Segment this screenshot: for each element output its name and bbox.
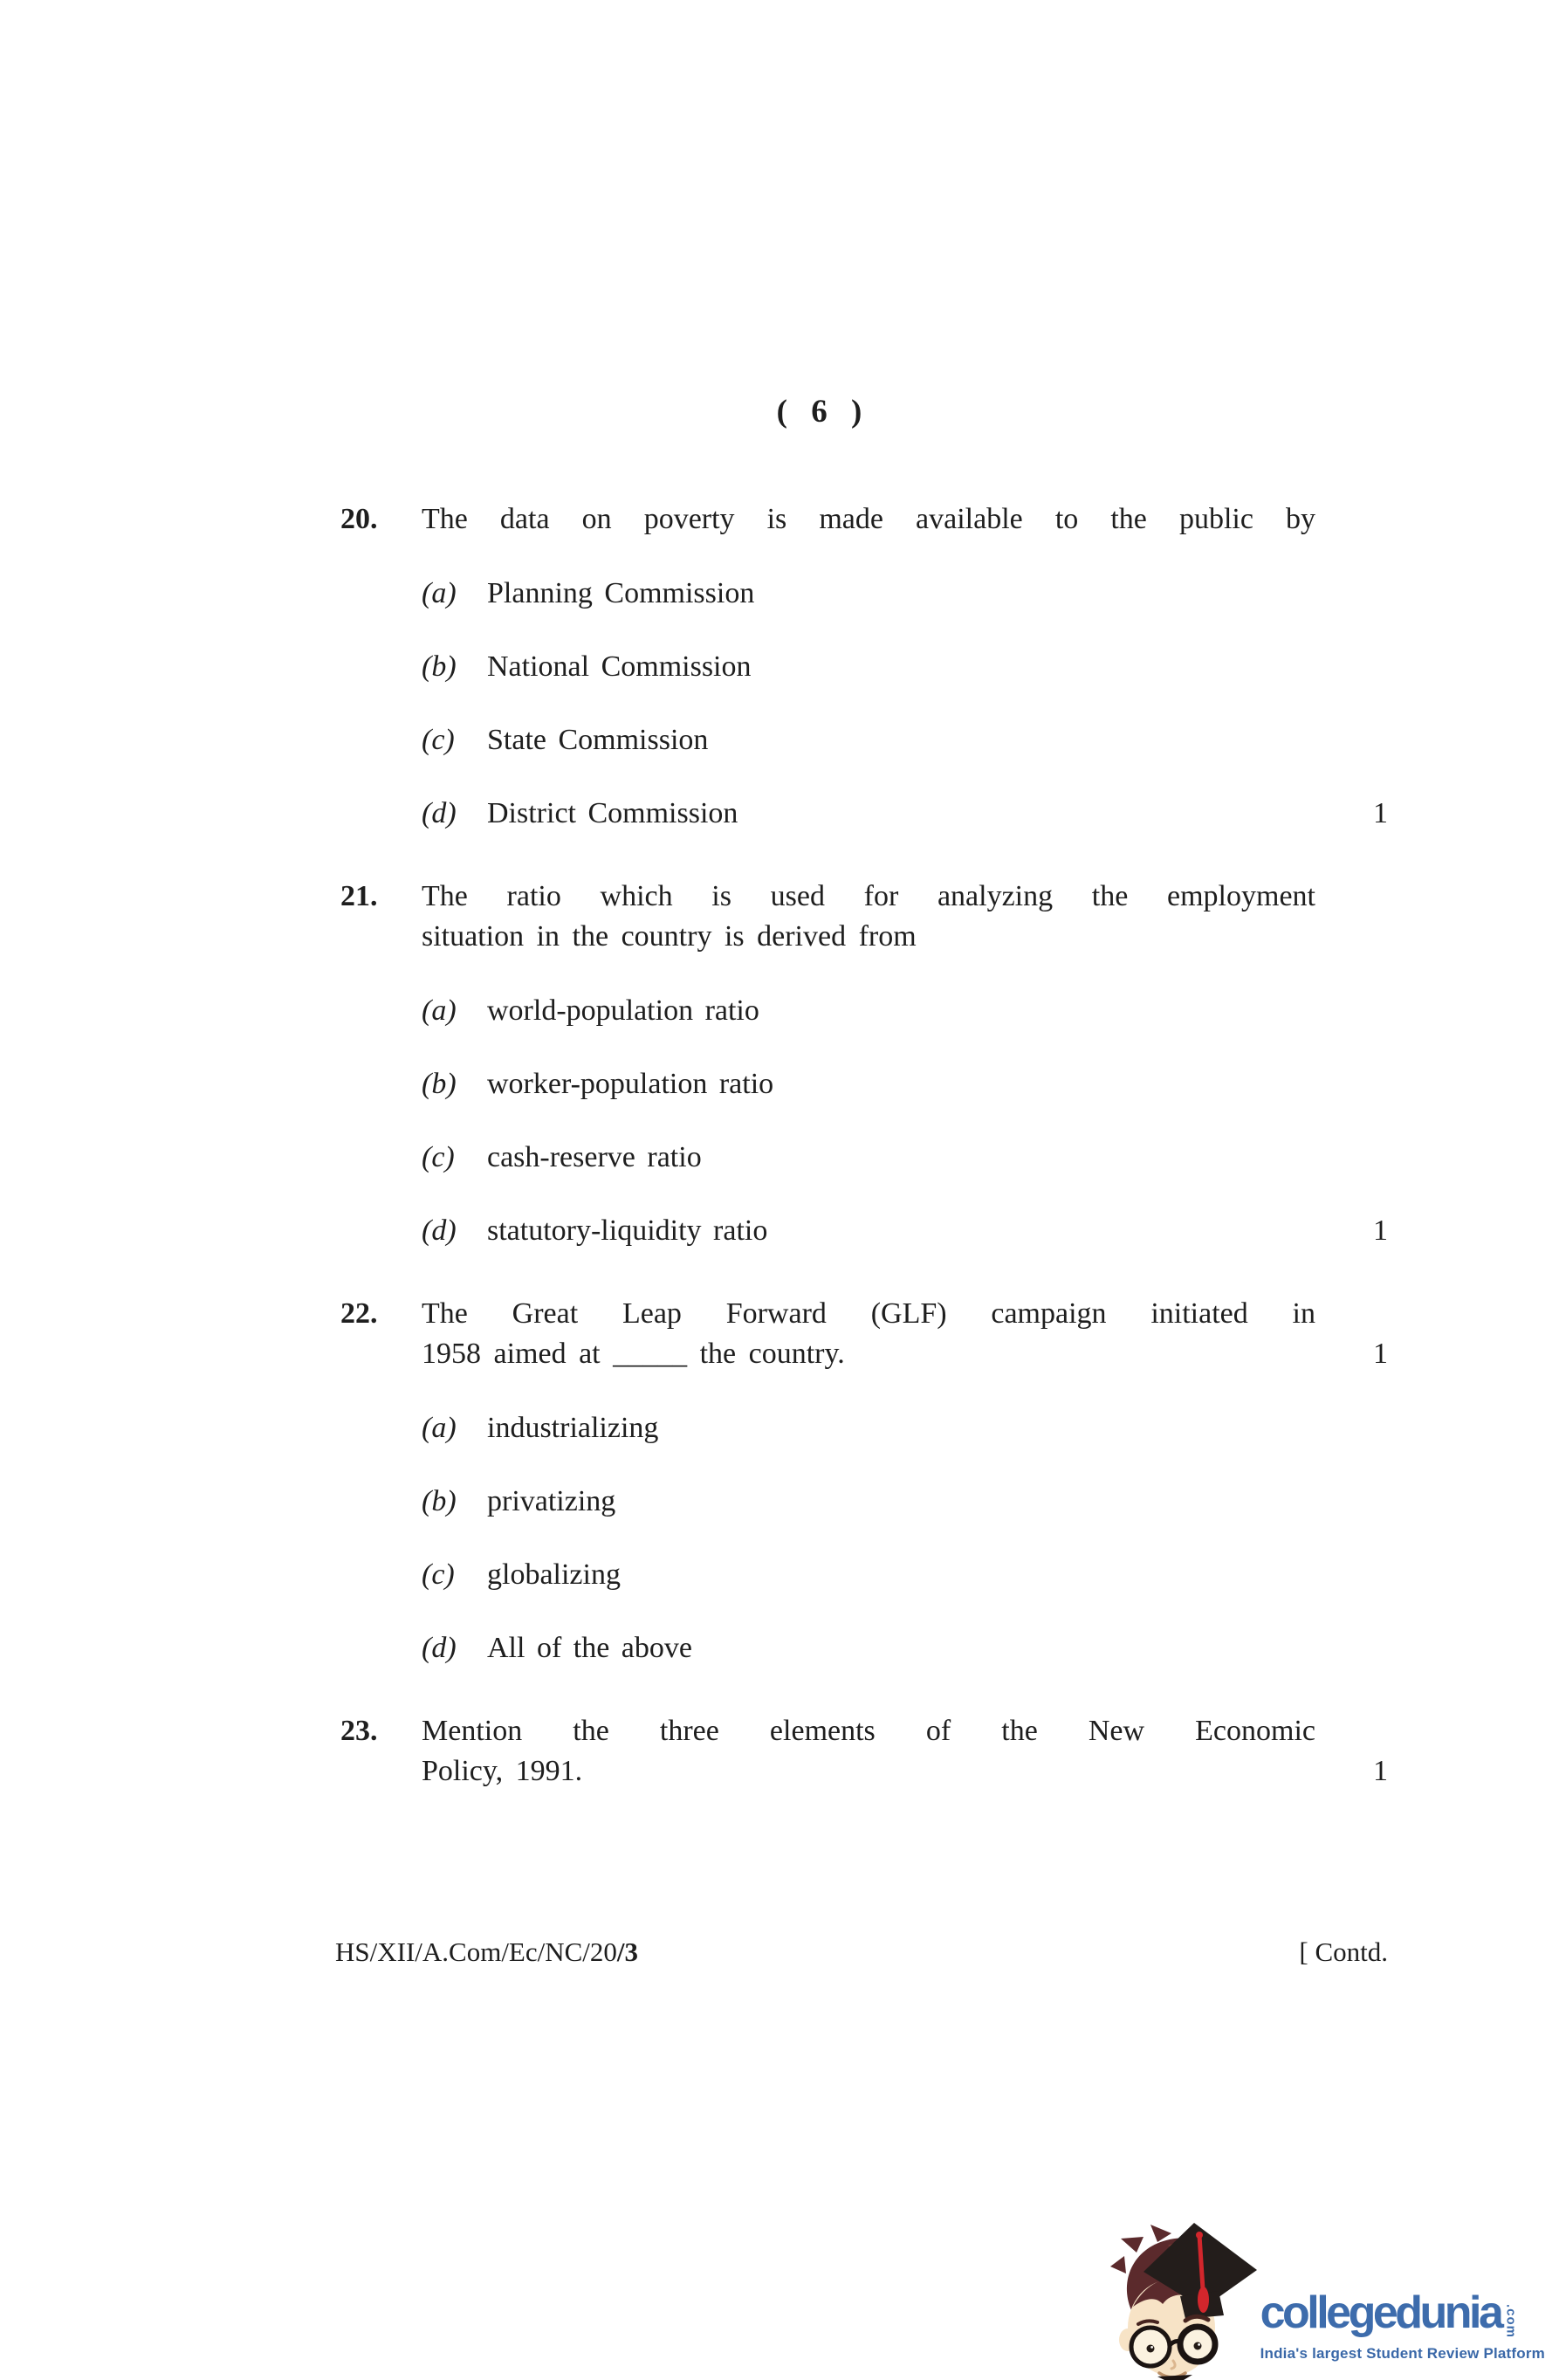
option-a: (a) Planning Commission: [422, 574, 1388, 614]
contd-label: [ Contd.: [1299, 1934, 1388, 1971]
marks-column: [692, 1628, 1388, 1668]
option-c: (c) cash-reserve ratio: [422, 1138, 1388, 1178]
option-letter: (b): [422, 1482, 487, 1522]
marks-column: [754, 574, 1388, 614]
option-letter: (d): [422, 1211, 487, 1251]
marks-column: [759, 991, 1388, 1031]
option-text: globalizing: [487, 1555, 621, 1595]
question-21: 21. The ratio which is used for analyzin…: [340, 877, 1388, 1251]
logo-text: collegedunia .com India's largest Studen…: [1260, 2290, 1545, 2363]
option-letter: (a): [422, 991, 487, 1031]
option-d: (d) statutory-liquidity ratio 1: [422, 1211, 1388, 1251]
question-text: The ratio which is used for analyzing th…: [422, 877, 1315, 957]
option-letter: (d): [422, 1628, 487, 1668]
marks-column: [658, 1408, 1388, 1448]
question-text-line: The Great Leap Forward (GLF) campaign in…: [422, 1294, 1315, 1334]
option-b: (b) worker-population ratio: [422, 1064, 1388, 1104]
option-letter: (c): [422, 1555, 487, 1595]
marks-column: [615, 1482, 1388, 1522]
question-row: 23. Mention the three elements of the Ne…: [340, 1711, 1388, 1792]
marks-column: [1315, 877, 1388, 957]
option-letter: (a): [422, 574, 487, 614]
question-23: 23. Mention the three elements of the Ne…: [340, 1711, 1388, 1792]
question-text: The Great Leap Forward (GLF) campaign in…: [422, 1294, 1315, 1374]
option-text: statutory-liquidity ratio: [487, 1211, 767, 1251]
option-text: All of the above: [487, 1628, 692, 1668]
option-b: (b) privatizing: [422, 1482, 1388, 1522]
question-text: Mention the three elements of the New Ec…: [422, 1711, 1315, 1792]
brand-text: collegedunia: [1260, 2290, 1501, 2335]
option-letter: (d): [422, 794, 487, 834]
marks-column: [621, 1555, 1388, 1595]
question-number: 23.: [340, 1711, 422, 1792]
option-letter: (a): [422, 1408, 487, 1448]
exam-paper-page: ( 6 ) 20. The data on poverty is made av…: [0, 0, 1559, 2380]
option-letter: (b): [422, 1064, 487, 1104]
option-letter: (c): [422, 1138, 487, 1178]
question-text-line: The ratio which is used for analyzing th…: [422, 877, 1315, 917]
marks-value: 1: [1315, 1711, 1388, 1792]
option-d: (d) All of the above: [422, 1628, 1388, 1668]
option-letter: (c): [422, 720, 487, 760]
question-row: 22. The Great Leap Forward (GLF) campaig…: [340, 1294, 1388, 1374]
question-text-line: Mention the three elements of the New Ec…: [422, 1711, 1315, 1751]
question-number: 21.: [340, 877, 422, 957]
question-row: 21. The ratio which is used for analyzin…: [340, 877, 1388, 957]
page-footer: HS/XII/A.Com/Ec/NC/20/3 [ Contd.: [335, 1934, 1388, 1971]
option-letter: (b): [422, 647, 487, 687]
question-row: 20. The data on poverty is made availabl…: [340, 499, 1388, 540]
option-d: (d) District Commission 1: [422, 794, 1388, 834]
questions-area: 20. The data on poverty is made availabl…: [340, 499, 1388, 1834]
question-text: The data on poverty is made available to…: [422, 499, 1315, 540]
option-text: privatizing: [487, 1482, 615, 1522]
option-text: worker-population ratio: [487, 1064, 773, 1104]
brand-tld: .com: [1503, 2304, 1518, 2338]
marks-value: 1: [1315, 1294, 1388, 1374]
mascot-icon: [1107, 2223, 1257, 2380]
question-text-line: Policy, 1991.: [422, 1751, 1315, 1792]
option-a: (a) industrializing: [422, 1408, 1388, 1448]
option-b: (b) National Commission: [422, 647, 1388, 687]
option-text: Planning Commission: [487, 574, 754, 614]
paper-code-prefix: HS/XII/A.Com/Ec/NC/20: [335, 1936, 617, 1967]
option-text: District Commission: [487, 794, 738, 834]
option-text: State Commission: [487, 720, 708, 760]
paper-code: HS/XII/A.Com/Ec/NC/20/3: [335, 1934, 638, 1971]
question-22: 22. The Great Leap Forward (GLF) campaig…: [340, 1294, 1388, 1668]
marks-column: [773, 1064, 1388, 1104]
option-text: world-population ratio: [487, 991, 759, 1031]
question-text-line: 1958 aimed at _____ the country.: [422, 1334, 1315, 1374]
question-number: 22.: [340, 1294, 422, 1374]
marks-value: 1: [738, 794, 1388, 834]
collegedunia-logo: collegedunia .com India's largest Studen…: [1107, 2223, 1545, 2380]
brand-tagline: India's largest Student Review Platform: [1260, 2345, 1545, 2363]
option-c: (c) globalizing: [422, 1555, 1388, 1595]
marks-value: 1: [767, 1211, 1388, 1251]
option-text: National Commission: [487, 647, 752, 687]
question-20: 20. The data on poverty is made availabl…: [340, 499, 1388, 834]
marks-column: [702, 1138, 1388, 1178]
paper-code-set-number: /3: [617, 1936, 638, 1967]
question-text-line: situation in the country is derived from: [422, 917, 1315, 957]
marks-column: [752, 647, 1389, 687]
question-text-line: The data on poverty is made available to…: [422, 499, 1315, 540]
marks-column: [1315, 499, 1388, 540]
option-text: industrializing: [487, 1408, 658, 1448]
option-text: cash-reserve ratio: [487, 1138, 702, 1178]
option-a: (a) world-population ratio: [422, 991, 1388, 1031]
brand-row: collegedunia .com: [1260, 2290, 1545, 2338]
option-c: (c) State Commission: [422, 720, 1388, 760]
marks-column: [708, 720, 1388, 760]
page-number: ( 6 ): [0, 393, 1559, 430]
question-number: 20.: [340, 499, 422, 540]
